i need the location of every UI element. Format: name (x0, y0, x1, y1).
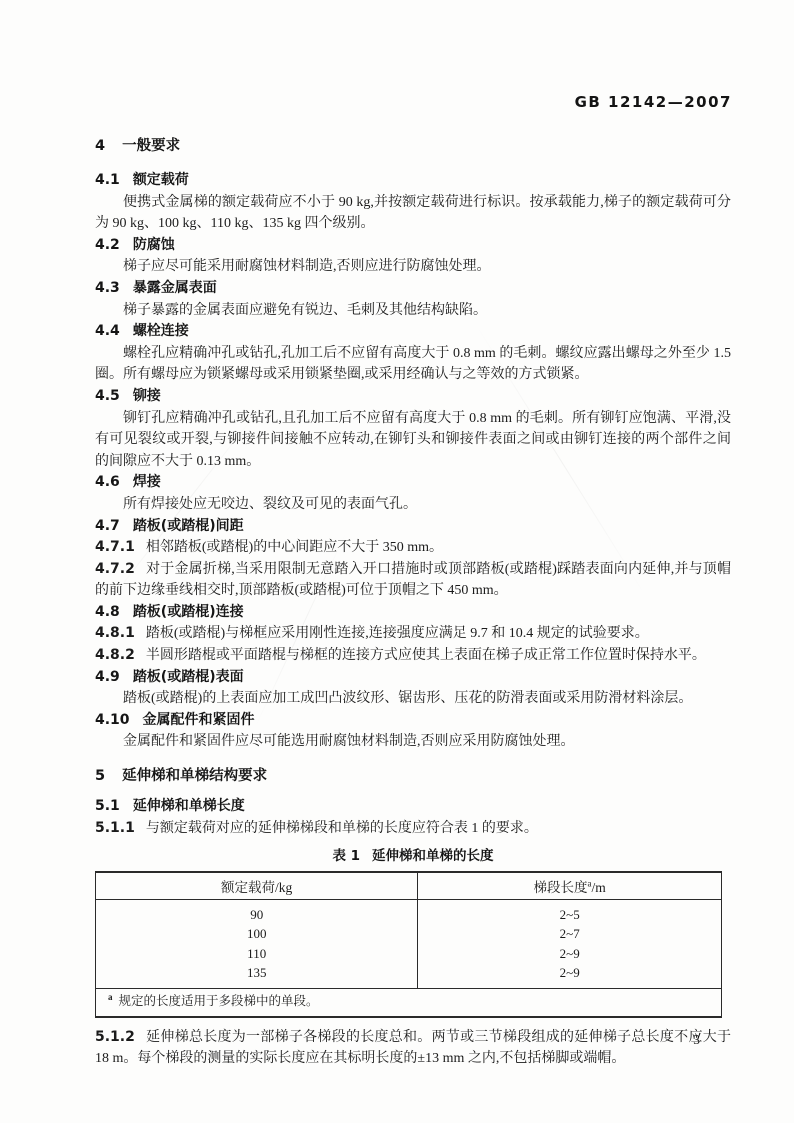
clause-title: 防腐蚀 (133, 237, 175, 253)
chapter-number: 5 (95, 768, 105, 784)
clause-number: 4.1 (95, 172, 120, 188)
clause-4-4-heading: 4.4螺栓连接 (95, 321, 731, 343)
clause-4-2-heading: 4.2防腐蚀 (95, 235, 731, 257)
clause-4-6-heading: 4.6焊接 (95, 472, 731, 494)
chapter-4-heading: 4一般要求 (95, 135, 731, 157)
clause-title: 暴露金属表面 (133, 280, 217, 296)
clause-4-6-paragraph: 所有焊接处应无咬边、裂纹及可见的表面气孔。 (95, 494, 731, 516)
section-length-header: 梯段长度a/m (418, 872, 722, 899)
header-text: 梯段长度 (534, 880, 588, 895)
clause-4-3-paragraph: 梯子暴露的金属表面应避免有锐边、毛刺及其他结构缺陷。 (95, 300, 731, 322)
footnote-text: 规定的长度适用于多段梯中的单段。 (119, 994, 319, 1008)
clause-4-8-1: 4.8.1踏板(或踏棍)与梯框应采用刚性连接,连接强度应满足 9.7 和 10.… (95, 623, 731, 645)
clause-number: 4.5 (95, 388, 120, 404)
clause-title: 焊接 (133, 474, 161, 490)
table-1: 额定载荷/kg 梯段长度a/m 90 2~5 100 2~7 110 2~9 1… (95, 871, 722, 1018)
subclause-number: 4.7.1 (95, 539, 135, 555)
clause-4-8-2: 4.8.2半圆形踏棍或平面踏棍与梯框的连接方式应使其上表面在梯子成正常工作位置时… (95, 645, 731, 667)
table-title: 延伸梯和单梯的长度 (372, 848, 494, 864)
subclause-number: 5.1.1 (95, 820, 135, 836)
rated-load-cell: 100 (96, 924, 418, 944)
clause-4-5-heading: 4.5铆接 (95, 386, 731, 408)
table-body: 90 2~5 100 2~7 110 2~9 135 2~9 a规定的长度适用于… (96, 899, 722, 1017)
subclause-text: 与额定载荷对应的延伸梯梯段和单梯的长度应符合表 1 的要求。 (146, 821, 538, 836)
subclause-text: 对于金属折梯,当采用限制无意踏入开口措施时或顶部踏板(或踏棍)踩踏表面向内延伸,… (95, 562, 731, 599)
clause-4-4-paragraph: 螺栓孔应精确冲孔或钻孔,孔加工后不应留有高度大于 0.8 mm 的毛刺。螺纹应露… (95, 343, 731, 386)
clause-number: 4.7 (95, 518, 120, 534)
clause-4-7-2: 4.7.2对于金属折梯,当采用限制无意踏入开口措施时或顶部踏板(或踏棍)踩踏表面… (95, 559, 731, 602)
table-label: 表 1 (332, 848, 360, 864)
chapter-title: 延伸梯和单梯结构要求 (122, 768, 267, 784)
chapter-title: 一般要求 (122, 138, 180, 154)
clause-4-1-heading: 4.1额定载荷 (95, 170, 731, 192)
clause-4-5-paragraph: 铆钉孔应精确冲孔或钻孔,且孔加工后不应留有高度大于 0.8 mm 的毛刺。所有铆… (95, 408, 731, 473)
rated-load-cell: 135 (96, 963, 418, 988)
table-header: 额定载荷/kg 梯段长度a/m (96, 872, 722, 899)
clause-number: 4.10 (95, 712, 130, 728)
clause-number: 4.6 (95, 474, 120, 490)
table-footnote: a规定的长度适用于多段梯中的单段。 (96, 988, 722, 1017)
subclause-text: 相邻踏板(或踏棍)的中心间距应不大于 350 mm。 (146, 540, 443, 555)
clause-number: 4.8 (95, 604, 120, 620)
clause-number: 4.4 (95, 323, 120, 339)
subclause-text: 踏板(或踏棍)与梯框应采用刚性连接,连接强度应满足 9.7 和 10.4 规定的… (146, 626, 649, 641)
table-1-caption: 表 1延伸梯和单梯的长度 (95, 844, 731, 864)
clause-4-7-1: 4.7.1相邻踏板(或踏棍)的中心间距应不大于 350 mm。 (95, 537, 731, 559)
clause-4-9-heading: 4.9踏板(或踏棍)表面 (95, 667, 731, 689)
section-length-cell: 2~5 (418, 899, 722, 924)
clause-title: 踏板(或踏棍)间距 (133, 518, 244, 534)
section-length-cell: 2~9 (418, 963, 722, 988)
clause-4-7-heading: 4.7踏板(或踏棍)间距 (95, 516, 731, 538)
clause-title: 铆接 (133, 388, 161, 404)
clause-title: 延伸梯和单梯长度 (133, 798, 245, 814)
clause-number: 4.9 (95, 669, 120, 685)
clause-5-1-1: 5.1.1与额定载荷对应的延伸梯梯段和单梯的长度应符合表 1 的要求。 (95, 818, 731, 840)
table-row: 135 2~9 (96, 963, 722, 988)
page-number: 3 (693, 1032, 700, 1048)
clause-5-1-2: 5.1.2延伸梯总长度为一部梯子各梯段的长度总和。两节或三节梯段组成的延伸梯子总… (95, 1027, 731, 1070)
header-unit: /m (592, 880, 606, 895)
table-row: 90 2~5 (96, 899, 722, 924)
clause-4-10-paragraph: 金属配件和紧固件应尽可能选用耐腐蚀材料制造,否则应采用防腐蚀处理。 (95, 731, 731, 753)
clause-4-3-heading: 4.3暴露金属表面 (95, 278, 731, 300)
subclause-number: 4.7.2 (95, 561, 135, 577)
clause-title: 螺栓连接 (133, 323, 189, 339)
chapter-5-heading: 5延伸梯和单梯结构要求 (95, 765, 731, 787)
table-row: 110 2~9 (96, 944, 722, 964)
clause-title: 踏板(或踏棍)连接 (133, 604, 244, 620)
subclause-number: 4.8.2 (95, 647, 135, 663)
clause-4-10-heading: 4.10金属配件和紧固件 (95, 710, 731, 732)
clause-title: 额定载荷 (133, 172, 189, 188)
clause-4-9-paragraph: 踏板(或踏棍)的上表面应加工成凹凸波纹形、锯齿形、压花的防滑表面或采用防滑材料涂… (95, 688, 731, 710)
clause-title: 踏板(或踏棍)表面 (133, 669, 244, 685)
clause-5-1-heading: 5.1延伸梯和单梯长度 (95, 796, 731, 818)
rated-load-cell: 90 (96, 899, 418, 924)
clause-4-2-paragraph: 梯子应尽可能采用耐腐蚀材料制造,否则应进行防腐蚀处理。 (95, 256, 731, 278)
table-row: 100 2~7 (96, 924, 722, 944)
clause-number: 4.2 (95, 237, 120, 253)
clause-number: 4.3 (95, 280, 120, 296)
subclause-number: 4.8.1 (95, 625, 135, 641)
subclause-text: 半圆形踏棍或平面踏棍与梯框的连接方式应使其上表面在梯子成正常工作位置时保持水平。 (146, 648, 706, 663)
scanned-standard-page: { "header": { "standard_code": "GB 12142… (0, 0, 794, 1123)
rated-load-header: 额定载荷/kg (96, 872, 418, 899)
subclause-number: 5.1.2 (95, 1029, 135, 1045)
section-length-cell: 2~7 (418, 924, 722, 944)
standard-code: GB 12142—2007 (575, 93, 732, 111)
section-length-cell: 2~9 (418, 944, 722, 964)
clause-title: 金属配件和紧固件 (143, 712, 255, 728)
clause-4-1-paragraph: 便携式金属梯的额定载荷应不小于 90 kg,并按额定载荷进行标识。按承载能力,梯… (95, 192, 731, 235)
footnote-marker: a (108, 992, 113, 1002)
chapter-number: 4 (95, 138, 105, 154)
clause-number: 5.1 (95, 798, 120, 814)
rated-load-cell: 110 (96, 944, 418, 964)
document-content: 4一般要求 4.1额定载荷 便携式金属梯的额定载荷应不小于 90 kg,并按额定… (95, 135, 731, 1070)
table-header-row: 额定载荷/kg 梯段长度a/m (96, 872, 722, 899)
table-footnote-row: a规定的长度适用于多段梯中的单段。 (96, 988, 722, 1017)
subclause-text: 延伸梯总长度为一部梯子各梯段的长度总和。两节或三节梯段组成的延伸梯子总长度不应大… (95, 1030, 731, 1067)
clause-4-8-heading: 4.8踏板(或踏棍)连接 (95, 602, 731, 624)
